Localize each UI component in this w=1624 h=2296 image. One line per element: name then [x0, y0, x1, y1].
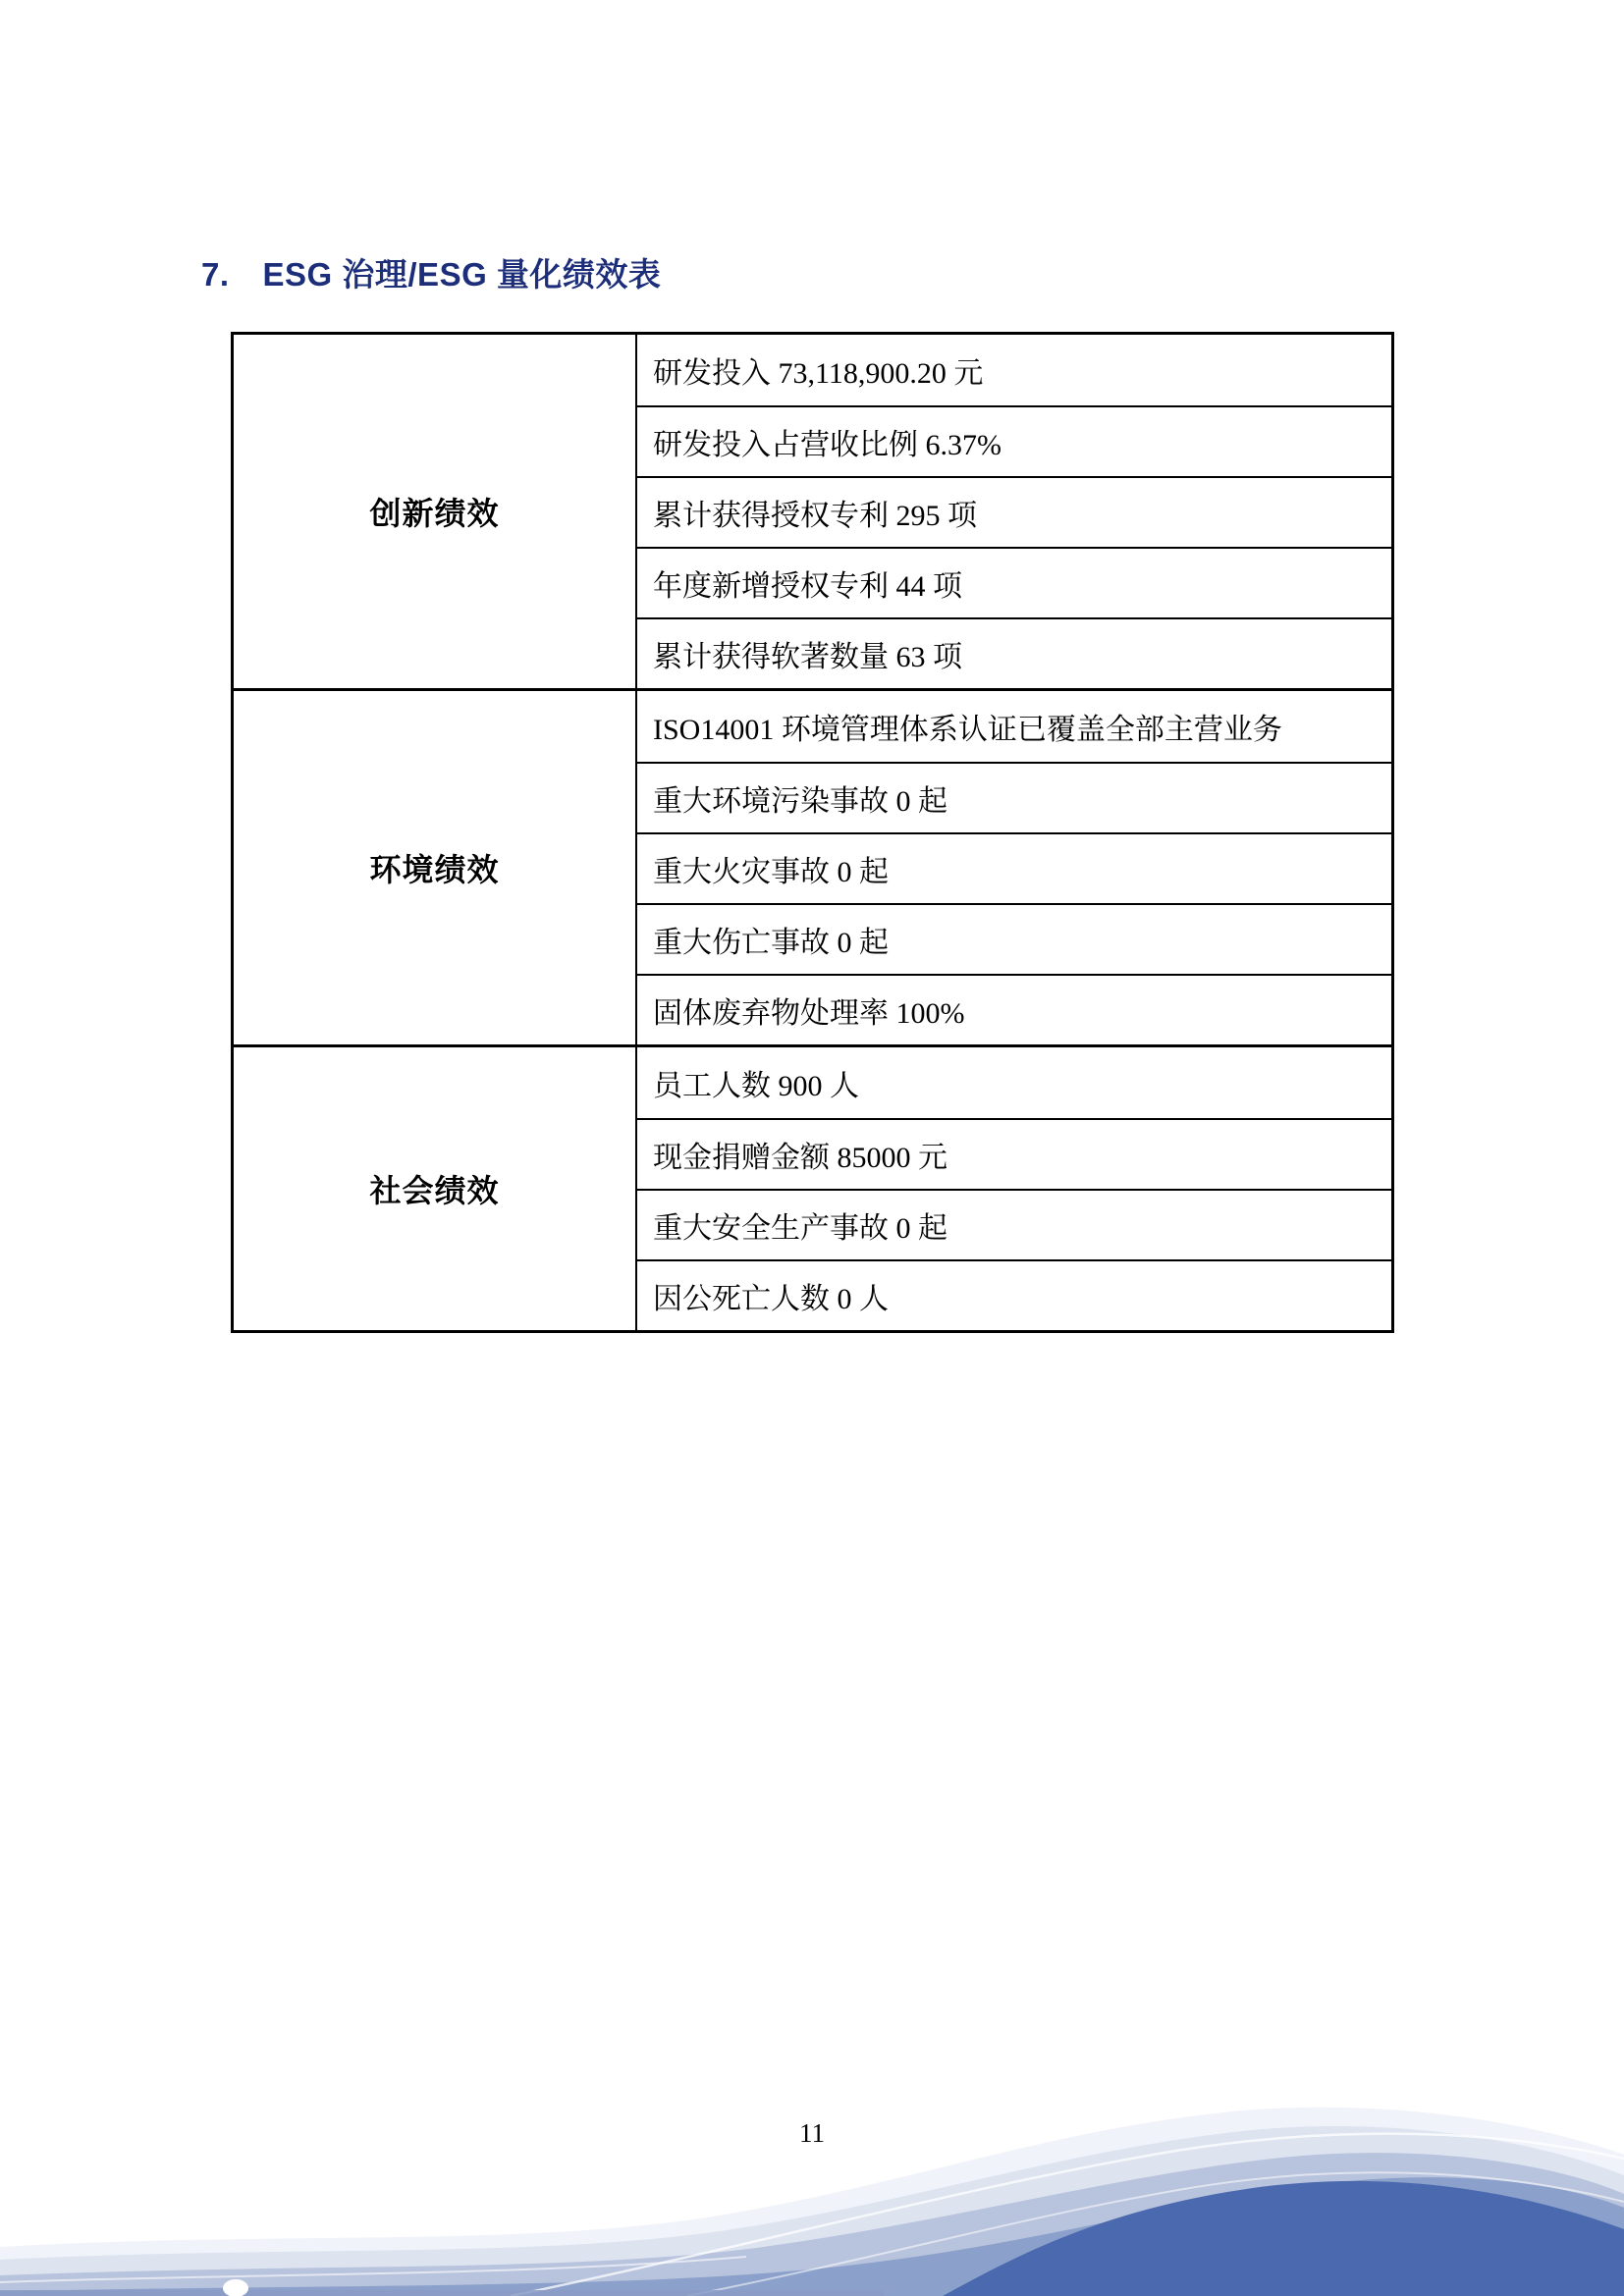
group-rows: ISO14001 环境管理体系认证已覆盖全部主营业务重大环境污染事故 0 起重大…: [637, 691, 1391, 1044]
wave-bottom-strip: [0, 2290, 884, 2296]
table-row: 现金捐赠金额 85000 元: [637, 1118, 1391, 1189]
table-row-text: 现金捐赠金额 85000 元: [653, 1133, 947, 1176]
table-row-text: 因公死亡人数 0 人: [653, 1274, 889, 1317]
table-row: 员工人数 900 人: [637, 1047, 1391, 1118]
table-row-text: 员工人数 900 人: [653, 1061, 859, 1104]
table-row: 累计获得软著数量 63 项: [637, 617, 1391, 688]
table-group: 环境绩效ISO14001 环境管理体系认证已覆盖全部主营业务重大环境污染事故 0…: [234, 688, 1391, 1044]
group-rows: 研发投入 73,118,900.20 元研发投入占营收比例 6.37%累计获得授…: [637, 335, 1391, 688]
table-group: 创新绩效研发投入 73,118,900.20 元研发投入占营收比例 6.37%累…: [234, 335, 1391, 688]
table-row-text: 重大环境污染事故 0 起: [653, 776, 947, 820]
table-row: 重大火灾事故 0 起: [637, 832, 1391, 903]
footer-wave-graphic: [0, 2100, 1624, 2296]
table-row-text: 年度新增授权专利 44 项: [653, 561, 962, 605]
table-row-text: 研发投入占营收比例 6.37%: [653, 420, 1001, 463]
table-row-text: ISO14001 环境管理体系认证已覆盖全部主营业务: [653, 705, 1282, 748]
table-row-text: 重大安全生产事故 0 起: [653, 1203, 947, 1247]
table-row: ISO14001 环境管理体系认证已覆盖全部主营业务: [637, 691, 1391, 762]
table-row: 累计获得授权专利 295 项: [637, 476, 1391, 547]
table-row-text: 重大伤亡事故 0 起: [653, 918, 889, 961]
table-row-text: 固体废弃物处理率 100%: [653, 988, 965, 1032]
section-number: 7.: [201, 256, 230, 294]
table-group: 社会绩效员工人数 900 人现金捐赠金额 85000 元重大安全生产事故 0 起…: [234, 1044, 1391, 1330]
table-row: 固体废弃物处理率 100%: [637, 974, 1391, 1044]
section-heading: 7. ESG 治理/ESG 量化绩效表: [201, 249, 661, 295]
table-row-text: 累计获得授权专利 295 项: [653, 491, 977, 534]
esg-table: 创新绩效研发投入 73,118,900.20 元研发投入占营收比例 6.37%累…: [231, 332, 1394, 1333]
table-row: 研发投入占营收比例 6.37%: [637, 405, 1391, 476]
table-row: 重大环境污染事故 0 起: [637, 762, 1391, 832]
section-title: ESG 治理/ESG 量化绩效表: [263, 249, 662, 295]
table-row: 因公死亡人数 0 人: [637, 1259, 1391, 1330]
group-rows: 员工人数 900 人现金捐赠金额 85000 元重大安全生产事故 0 起因公死亡…: [637, 1047, 1391, 1330]
group-label-cell: 环境绩效: [234, 691, 637, 1044]
table-row-text: 重大火灾事故 0 起: [653, 847, 889, 890]
table-row: 重大安全生产事故 0 起: [637, 1189, 1391, 1259]
table-row: 研发投入 73,118,900.20 元: [637, 335, 1391, 405]
table-row: 重大伤亡事故 0 起: [637, 903, 1391, 974]
table-row: 年度新增授权专利 44 项: [637, 547, 1391, 617]
group-label-cell: 社会绩效: [234, 1047, 637, 1330]
table-row-text: 累计获得软著数量 63 项: [653, 632, 962, 675]
table-row-text: 研发投入 73,118,900.20 元: [653, 348, 983, 392]
group-label-cell: 创新绩效: [234, 335, 637, 688]
